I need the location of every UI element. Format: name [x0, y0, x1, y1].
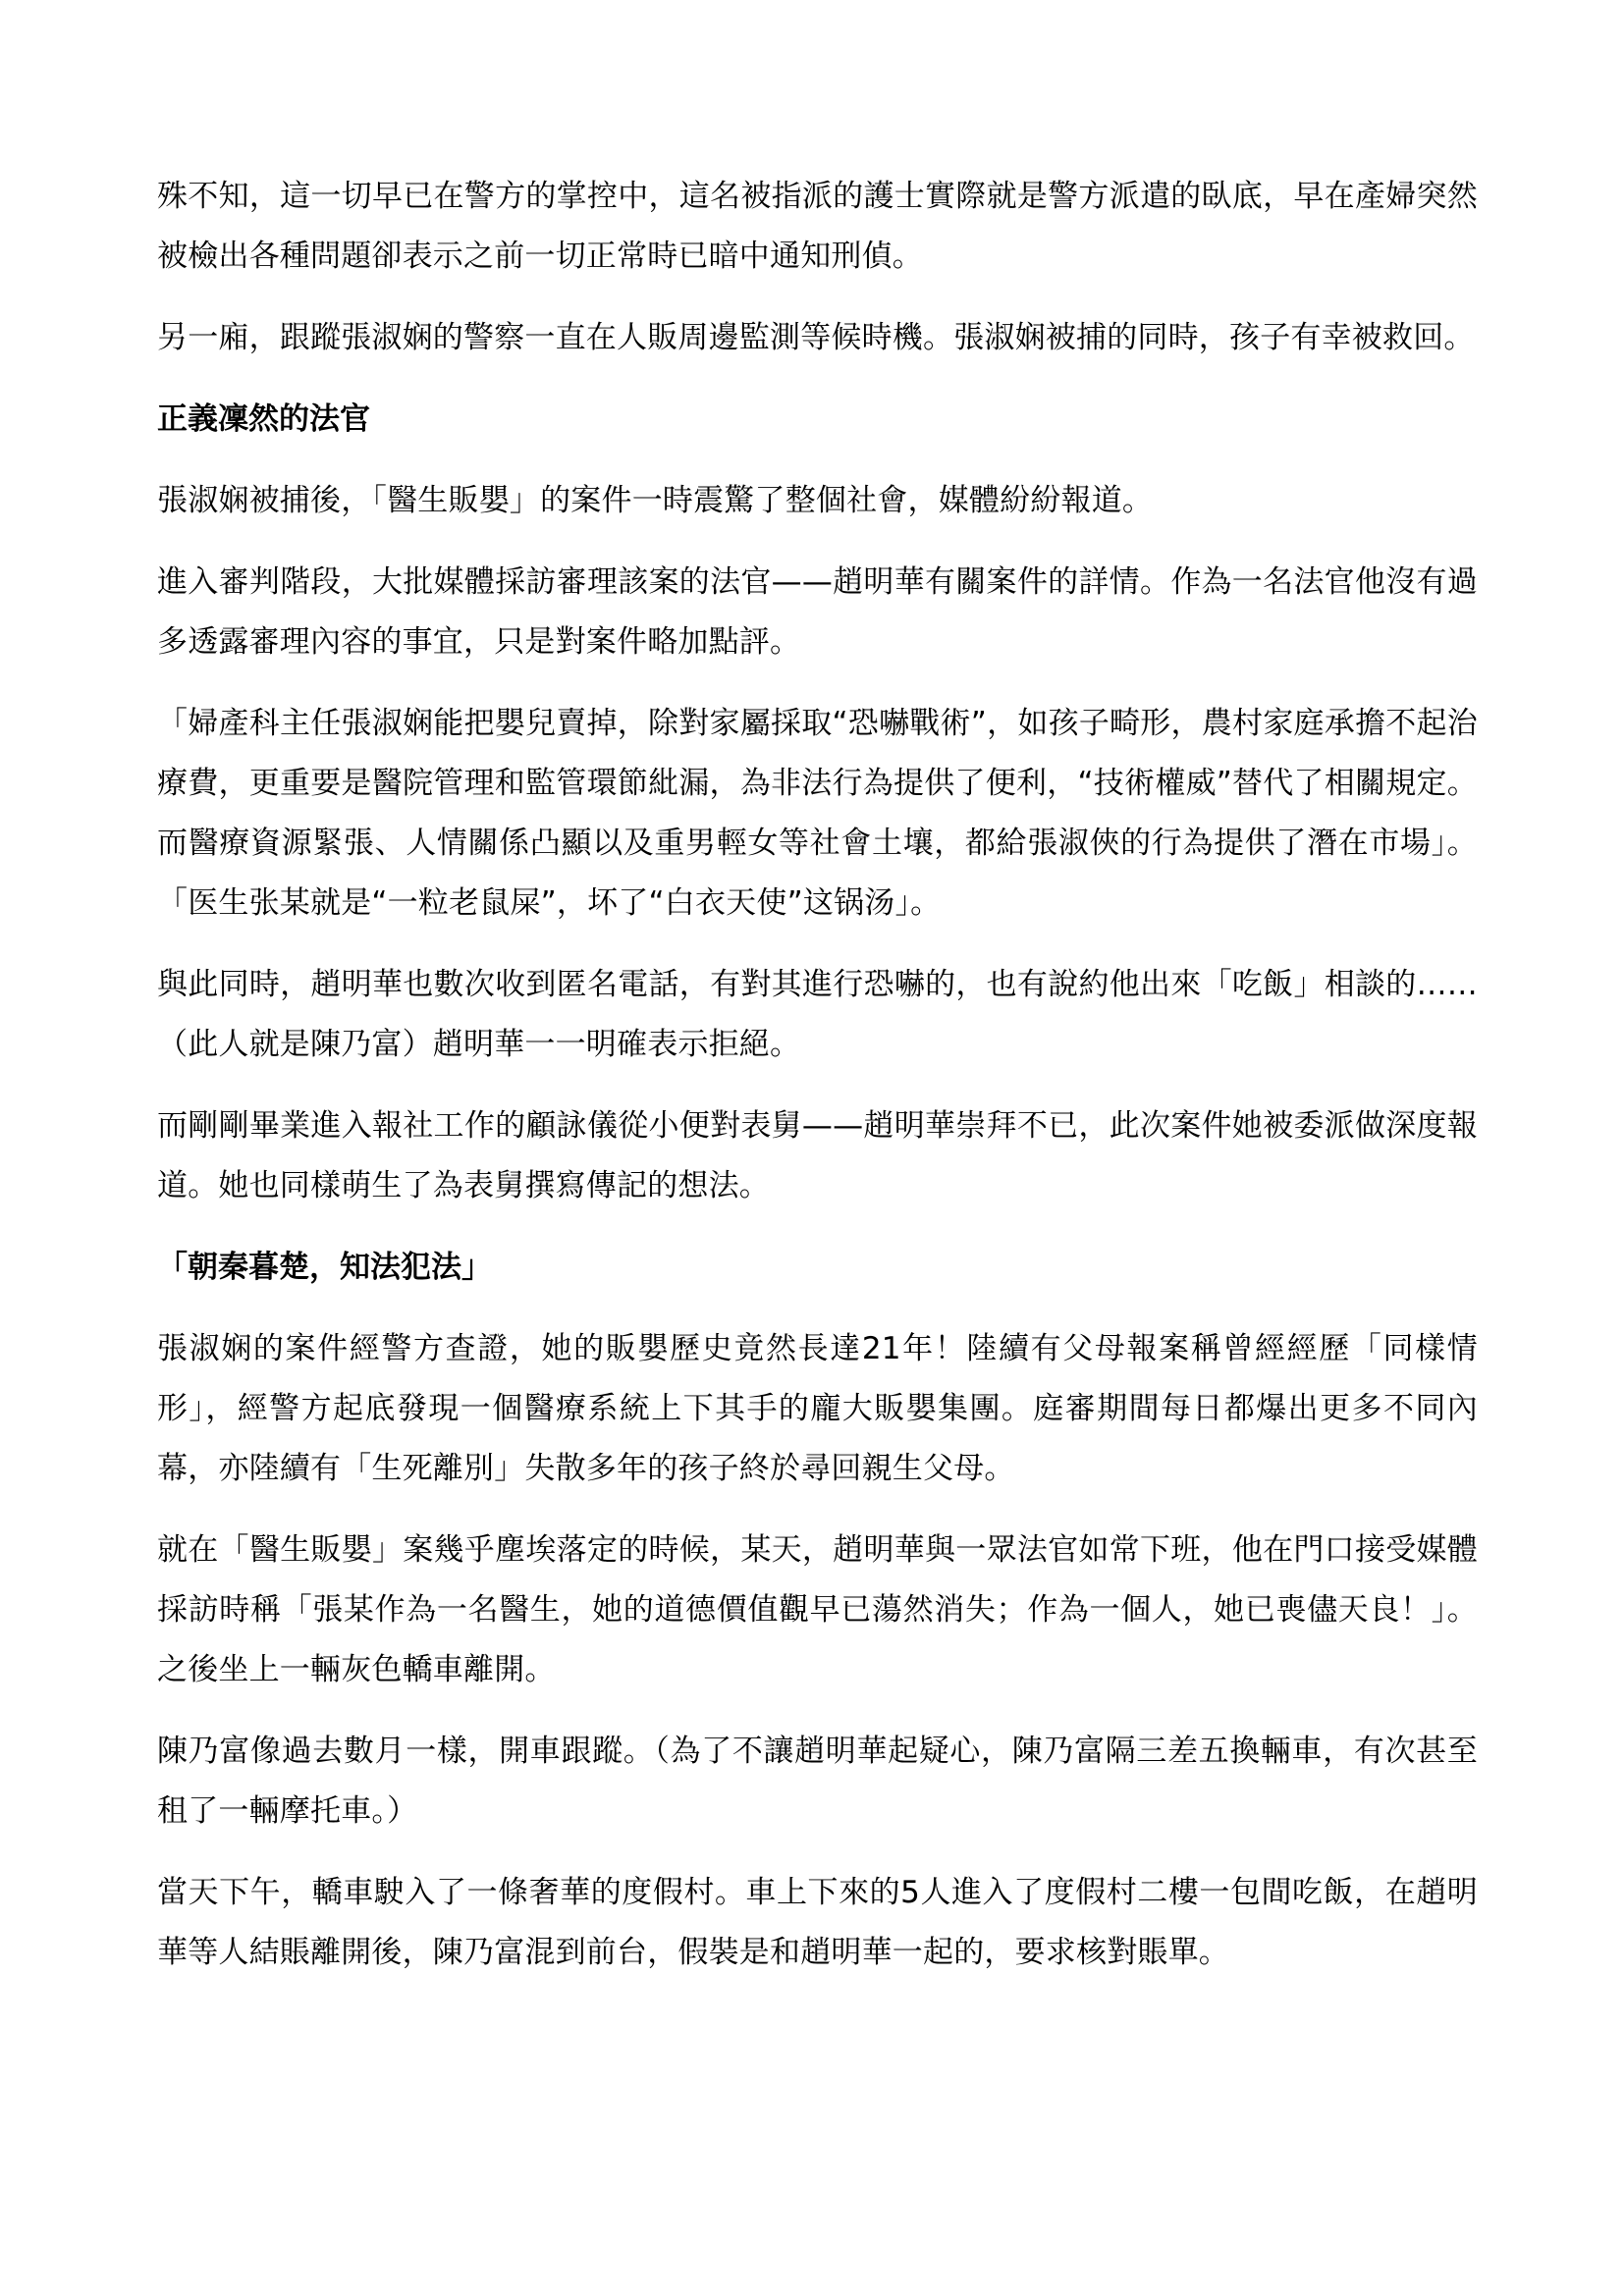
- paragraph-undercover-nurse: 殊不知，這一切早已在警方的掌控中，這名被指派的護士實際就是警方派遣的臥底，早在產…: [157, 167, 1478, 287]
- paragraph-resort-dinner: 當天下午，轎車駛入了一條奢華的度假村。車上下來的5人進入了度假村二樓一包間吃飯，…: [157, 1863, 1478, 1983]
- paragraph-reporter-niece: 而剛剛畢業進入報社工作的顧詠儀從小便對表舅——趙明華崇拜不已，此次案件她被委派做…: [157, 1096, 1478, 1216]
- paragraph-arrest-news: 張淑娴被捕後，「醫生販嬰」的案件一時震驚了整個社會，媒體紛紛報道。: [157, 471, 1478, 531]
- paragraph-anonymous-calls: 與此同時，趙明華也數次收到匿名電話，有對其進行恐嚇的，也有說約他出來「吃飯」相談…: [157, 955, 1478, 1075]
- paragraph-tailing: 陳乃富像過去數月一樣，開車跟蹤。（為了不讓趙明華起疑心，陳乃富隔三差五換輛車，有…: [157, 1722, 1478, 1842]
- paragraph-judge-quote: 「婦產科主任張淑娴能把嬰兒賣掉，除對家屬採取“恐嚇戰術”，如孩子畸形，農村家庭承…: [157, 694, 1478, 934]
- paragraph-trial-stage: 進入審判階段，大批媒體採訪審理該案的法官——趙明華有關案件的詳情。作為一名法官他…: [157, 553, 1478, 672]
- paragraph-judge-statement: 就在「醫生販嬰」案幾乎塵埃落定的時候，某天，趙明華與一眾法官如常下班，他在門口接…: [157, 1521, 1478, 1700]
- paragraph-child-rescued: 另一廂，跟蹤張淑娴的警察一直在人販周邊監測等候時機。張淑娴被捕的同時，孩子有幸被…: [157, 308, 1478, 368]
- section-heading-judge: 正義凜然的法官: [157, 390, 1478, 450]
- paragraph-trafficking-history: 張淑娴的案件經警方查證，她的販嬰歷史竟然長達21年！陸續有父母報案稱曾經經歷「同…: [157, 1319, 1478, 1499]
- document-page: 殊不知，這一切早已在警方的掌控中，這名被指派的護士實際就是警方派遣的臥底，早在產…: [157, 167, 1478, 2004]
- section-heading-corruption: 「朝秦暮楚，知法犯法」: [157, 1238, 1478, 1298]
